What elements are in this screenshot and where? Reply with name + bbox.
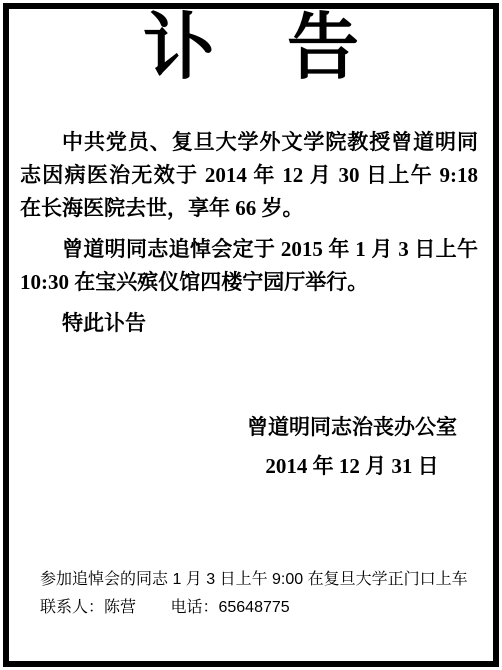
notice-title: 讣 告 (0, 8, 502, 88)
notice-body: 中共党员、复旦大学外文学院教授曾道明同志因病医治无效于 2014 年 12 月 … (20, 126, 478, 340)
death-notice-paragraph: 中共党员、复旦大学外文学院教授曾道明同志因病医治无效于 2014 年 12 月 … (20, 126, 478, 225)
signature-block: 曾道明同志治丧办公室 2014 年 12 月 31 日 (247, 408, 457, 486)
closing-line: 特此讣告 (20, 307, 478, 340)
contact-person: 联系人：陈营 (40, 599, 136, 616)
contact-row: 联系人：陈营 电话：65648775 (40, 594, 482, 622)
memorial-info-paragraph: 曾道明同志追悼会定于 2015 年 1 月 3 日上午 10:30 在宝兴殡仪馆… (20, 233, 478, 299)
obituary-notice-page: 讣 告 中共党员、复旦大学外文学院教授曾道明同志因病医治无效于 2014 年 1… (0, 0, 502, 670)
signature-date: 2014 年 12 月 31 日 (247, 447, 457, 486)
footer-notes: 参加追悼会的同志 1 月 3 日上午 9:00 在复旦大学正门口上车 联系人：陈… (40, 566, 482, 622)
contact-phone: 电话：65648775 (170, 599, 289, 616)
signature-office: 曾道明同志治丧办公室 (247, 408, 457, 447)
bus-pickup-note: 参加追悼会的同志 1 月 3 日上午 9:00 在复旦大学正门口上车 (40, 566, 482, 594)
